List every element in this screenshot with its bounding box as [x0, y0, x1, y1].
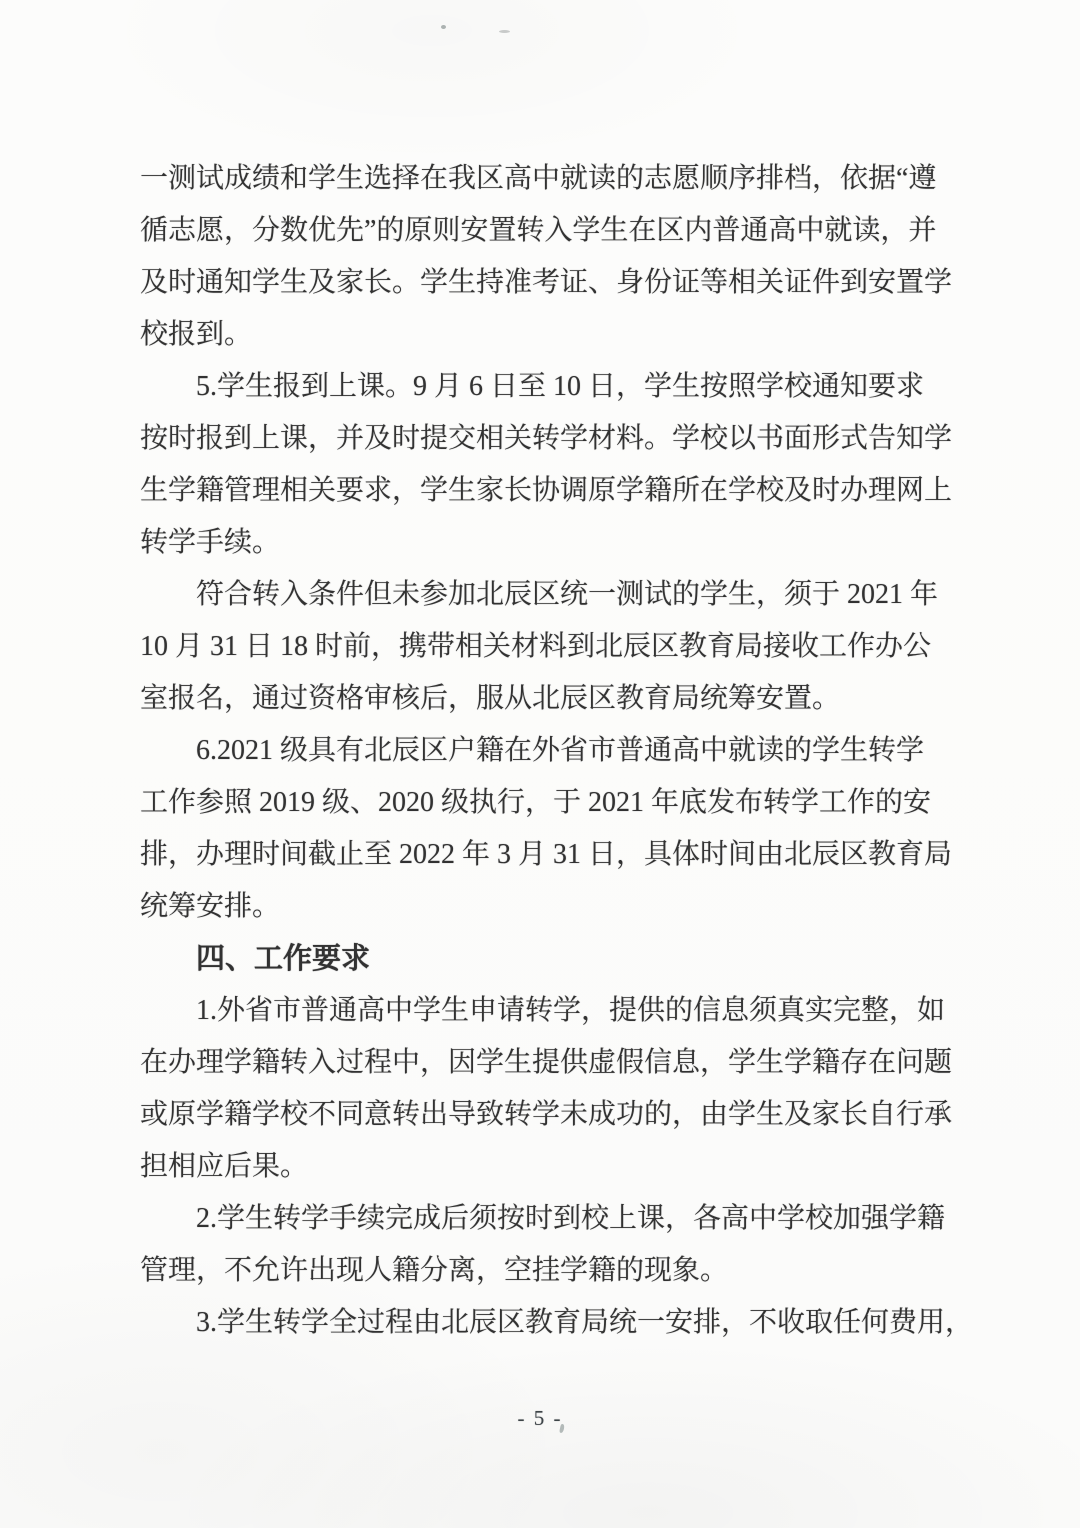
paragraph-late-applicants: 符合转入条件但未参加北辰区统一测试的学生，须于 2021 年 10 月 31 日… [140, 569, 950, 725]
text-line: 生学籍管理相关要求，学生家长协调原学籍所在学校及时办理网上 [140, 465, 950, 517]
paragraph-continuation: 一测试成绩和学生选择在我区高中就读的志愿顺序排档，依据“遵 循志愿，分数优先”的… [140, 153, 950, 361]
text-line: 10 月 31 日 18 时前，携带相关材料到北辰区教育局接收工作办公 [140, 621, 950, 673]
text-line: 或原学籍学校不同意转出导致转学未成功的，由学生及家长自行承 [140, 1089, 950, 1141]
document-body: 一测试成绩和学生选择在我区高中就读的志愿顺序排档，依据“遵 循志愿，分数优先”的… [140, 153, 950, 1349]
text-line: 1.外省市普通高中学生申请转学，提供的信息须真实完整，如 [140, 985, 950, 1037]
page-number: - 5 - [0, 1406, 1080, 1431]
paragraph-requirement-3: 3.学生转学全过程由北辰区教育局统一安排，不收取任何费用， [140, 1297, 950, 1349]
text-line: 2.学生转学手续完成后须按时到校上课，各高中学校加强学籍 [140, 1193, 950, 1245]
text-line: 校报到。 [140, 309, 950, 361]
paragraph-item-5: 5.学生报到上课。9 月 6 日至 10 日，学生按照学校通知要求 按时报到上课… [140, 361, 950, 569]
text-line: 5.学生报到上课。9 月 6 日至 10 日，学生按照学校通知要求 [140, 361, 950, 413]
text-line: 一测试成绩和学生选择在我区高中就读的志愿顺序排档，依据“遵 [140, 153, 950, 205]
text-line: 担相应后果。 [140, 1141, 950, 1193]
text-line: 及时通知学生及家长。学生持准考证、身份证等相关证件到安置学 [140, 257, 950, 309]
text-line: 统筹安排。 [140, 881, 950, 933]
scan-artifact-speck [499, 30, 510, 33]
text-line: 按时报到上课，并及时提交相关转学材料。学校以书面形式告知学 [140, 413, 950, 465]
text-line: 6.2021 级具有北辰区户籍在外省市普通高中就读的学生转学 [140, 725, 950, 777]
text-line: 工作参照 2019 级、2020 级执行，于 2021 年底发布转学工作的安 [140, 777, 950, 829]
paragraph-item-6: 6.2021 级具有北辰区户籍在外省市普通高中就读的学生转学 工作参照 2019… [140, 725, 950, 933]
text-line: 3.学生转学全过程由北辰区教育局统一安排，不收取任何费用， [140, 1297, 950, 1349]
paragraph-requirement-2: 2.学生转学手续完成后须按时到校上课，各高中学校加强学籍 管理，不允许出现人籍分… [140, 1193, 950, 1297]
text-line: 管理，不允许出现人籍分离，空挂学籍的现象。 [140, 1245, 950, 1297]
text-line: 循志愿，分数优先”的原则安置转入学生在区内普通高中就读，并 [140, 205, 950, 257]
text-line: 符合转入条件但未参加北辰区统一测试的学生，须于 2021 年 [140, 569, 950, 621]
text-line: 转学手续。 [140, 517, 950, 569]
section-heading: 四、工作要求 [140, 933, 950, 985]
scanned-document-page: 一测试成绩和学生选择在我区高中就读的志愿顺序排档，依据“遵 循志愿，分数优先”的… [0, 0, 1080, 1528]
paragraph-requirement-1: 1.外省市普通高中学生申请转学，提供的信息须真实完整，如 在办理学籍转入过程中，… [140, 985, 950, 1193]
text-line: 在办理学籍转入过程中，因学生提供虚假信息，学生学籍存在问题 [140, 1037, 950, 1089]
text-line: 室报名，通过资格审核后，服从北辰区教育局统筹安置。 [140, 673, 950, 725]
text-line: 排，办理时间截止至 2022 年 3 月 31 日，具体时间由北辰区教育局 [140, 829, 950, 881]
scan-artifact-speck [441, 25, 446, 29]
